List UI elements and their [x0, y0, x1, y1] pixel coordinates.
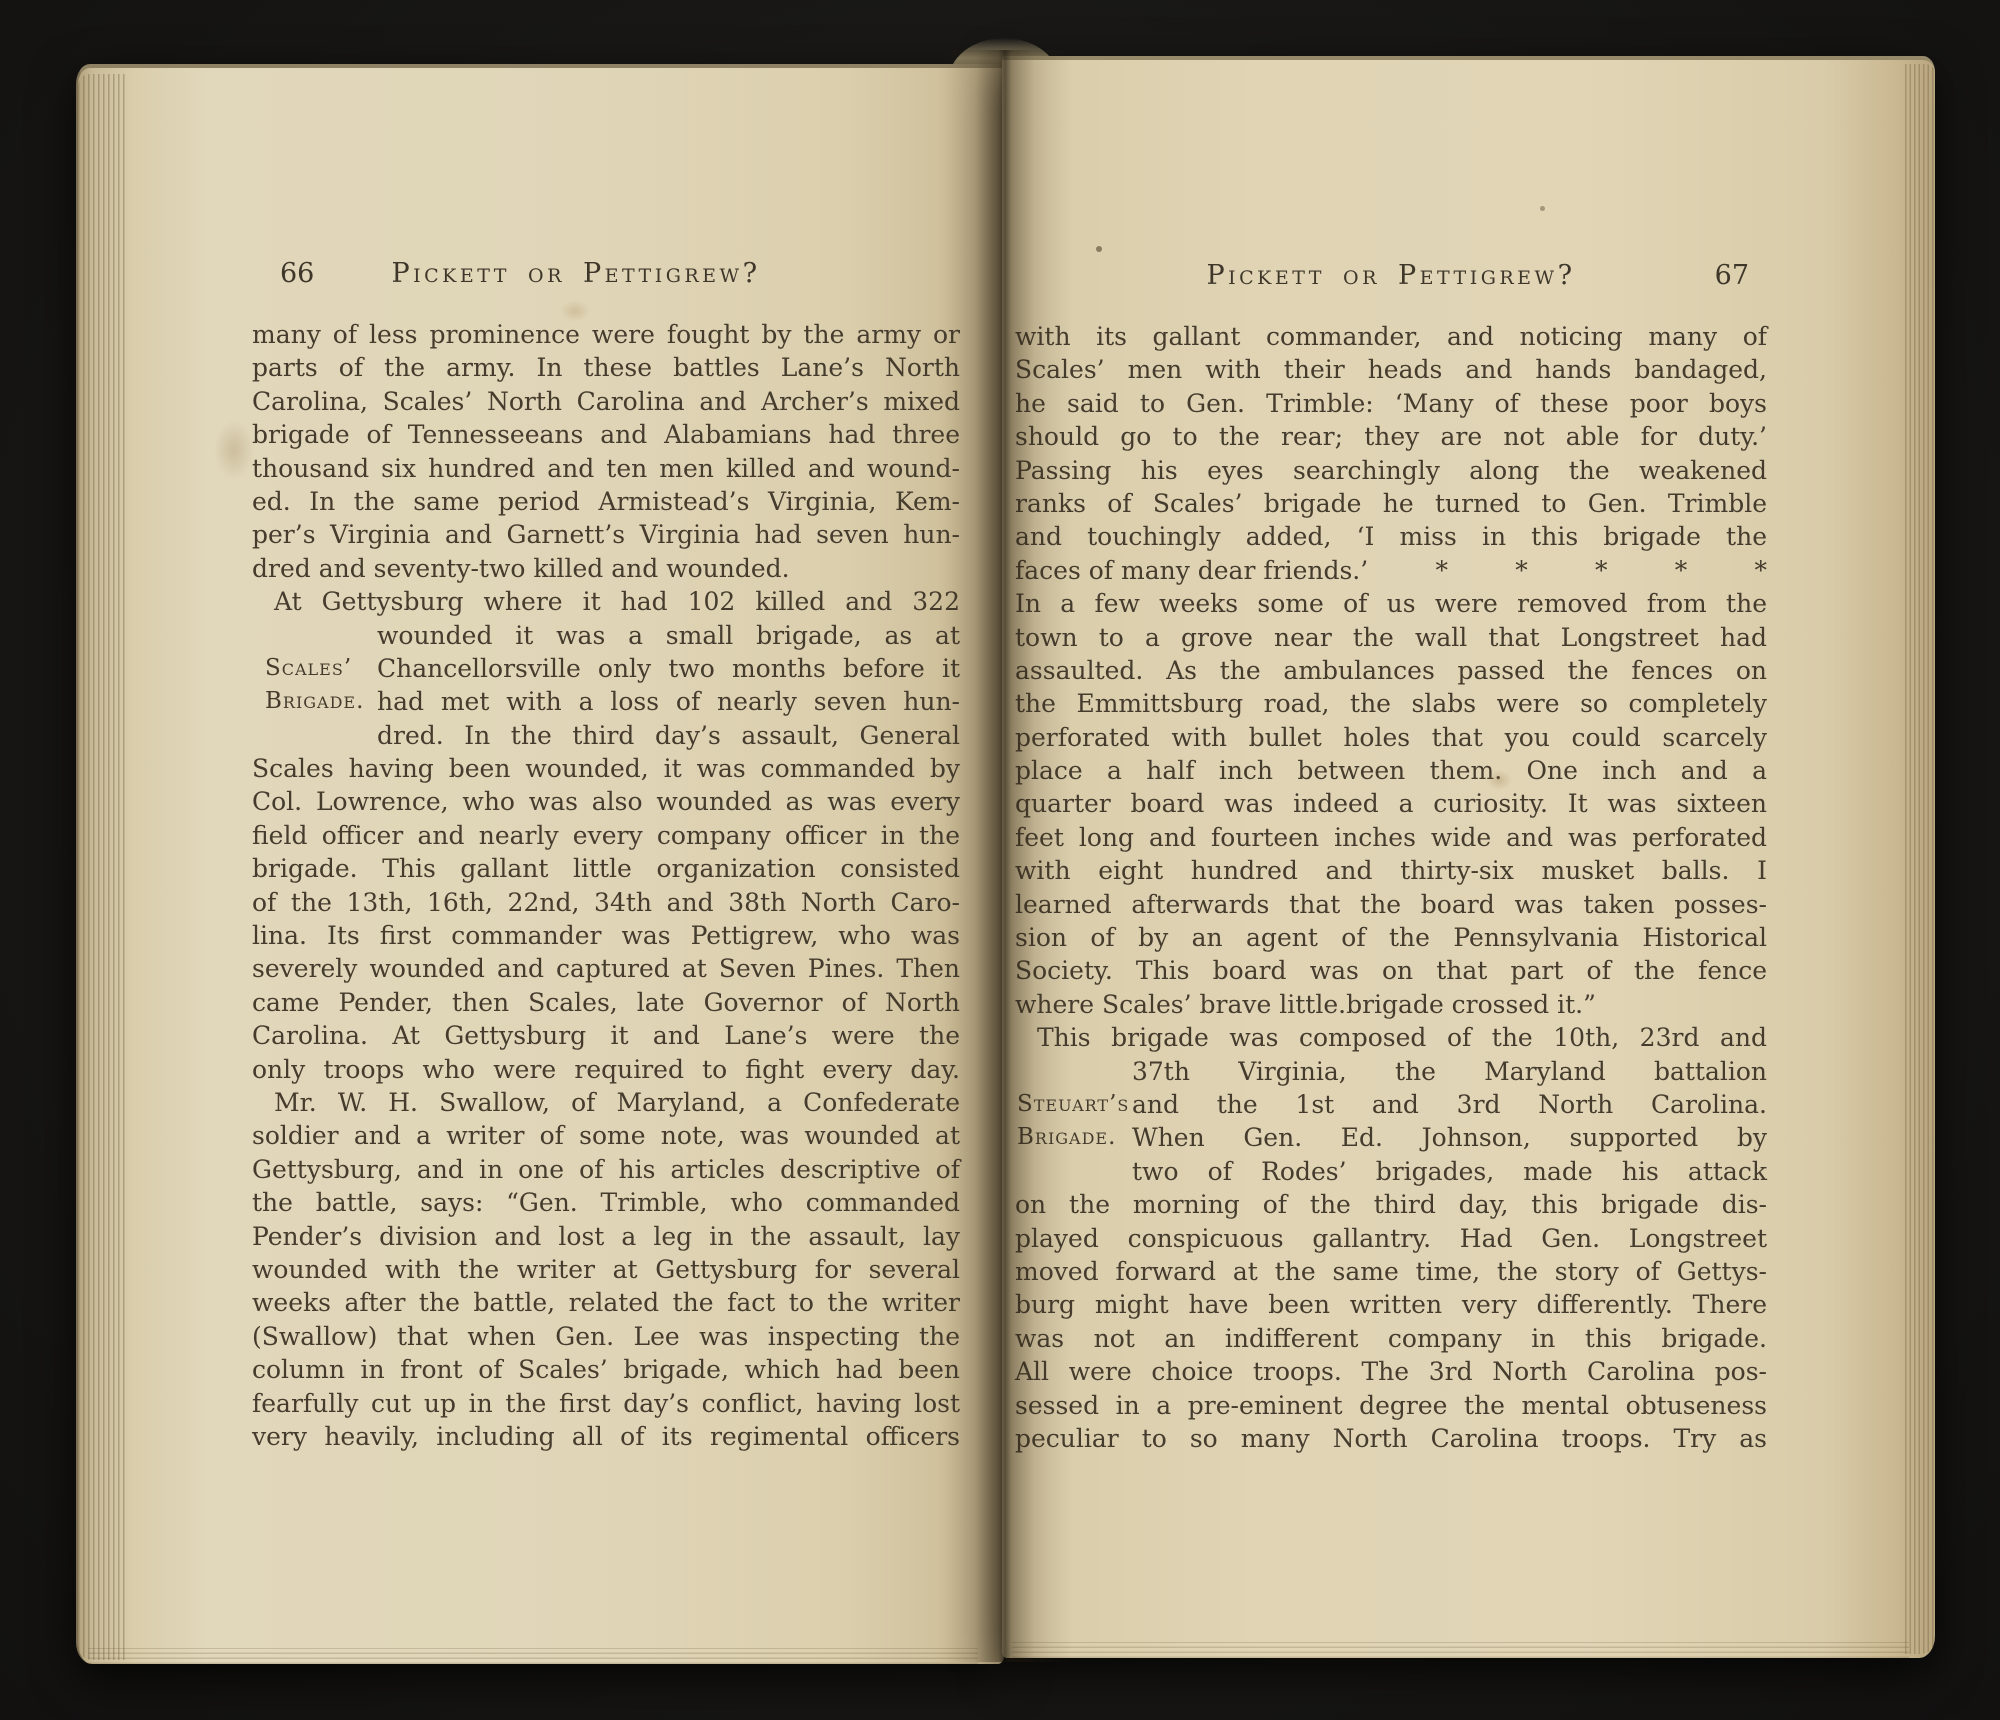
text-line: sessed in a pre-eminent degree the menta… [1015, 1389, 1767, 1422]
text-line: This brigade was composed of the 10th, 2… [1015, 1021, 1767, 1054]
text-line: When Gen. Ed. Johnson, supported by [1132, 1121, 1767, 1154]
page-edge-stack-right [1905, 64, 1935, 1654]
text-line: quarter board was indeed a curiosity. It… [1015, 787, 1767, 820]
sidenote-label: Brigade. [1017, 1121, 1132, 1154]
sidenote-label: Scales’ [265, 652, 377, 685]
text-line: played conspicuous gallantry. Had Gen. L… [1015, 1222, 1767, 1255]
text-line: In a few weeks some of us were removed f… [1015, 587, 1767, 620]
page-edge-stack-bottom-left [88, 1648, 978, 1664]
asterisk: * [1515, 554, 1528, 587]
text-line: where Scales’ brave little.brigade cross… [1015, 988, 1767, 1021]
text-line: and touchingly added, ‘I miss in this br… [1015, 520, 1767, 553]
text-line: per’s Virginia and Garnett’s Virginia ha… [252, 518, 960, 551]
text-line: lina. Its first commander was Pettigrew,… [252, 919, 960, 952]
sidenote-column: Steuart’s Brigade. [1015, 1055, 1132, 1189]
sidenote-text-column: 37th Virginia, the Maryland battalion an… [1132, 1055, 1767, 1189]
text-line: he said to Gen. Trimble: ‘Many of these … [1015, 387, 1767, 420]
text-line: assaulted. As the ambulances passed the … [1015, 654, 1767, 687]
text-line: with eight hundred and thirty-six musket… [1015, 854, 1767, 887]
text-line: 37th Virginia, the Maryland battalion [1132, 1055, 1767, 1088]
text-line: wounded with the writer at Gettysburg fo… [252, 1253, 960, 1286]
right-page-body: with its gallant commander, and noticing… [1015, 320, 1767, 1455]
text-line: on the morning of the third day, this br… [1015, 1188, 1767, 1221]
text-line: should go to the rear; they are not able… [1015, 420, 1767, 453]
text-line: learned afterwards that the board was ta… [1015, 888, 1767, 921]
left-page-body: many of less prominence were fought by t… [252, 318, 960, 1453]
sidenote-text-column: wounded it was a small brigade, as at Ch… [377, 619, 960, 753]
right-page-content: Pickett or Pettigrew? 67 with its gallan… [1015, 260, 1767, 1455]
text-line: weeks after the battle, related the fact… [252, 1286, 960, 1319]
sidenote-block-scales-brigade: Scales’ Brigade. wounded it was a small … [252, 619, 960, 753]
text-line: severely wounded and captured at Seven P… [252, 952, 960, 985]
text-line: sion of by an agent of the Pennsylvania … [1015, 921, 1767, 954]
text-line: Col. Lowrence, who was also wounded as w… [252, 785, 960, 818]
right-page: Pickett or Pettigrew? 67 with its gallan… [1002, 56, 1935, 1658]
text-line: the battle, says: “Gen. Trimble, who com… [252, 1186, 960, 1219]
text-line: Society. This board was on that part of … [1015, 954, 1767, 987]
right-page-header: Pickett or Pettigrew? 67 [1015, 260, 1767, 294]
text-line: (Swallow) that when Gen. Lee was inspect… [252, 1320, 960, 1353]
left-page-header: 66 Pickett or Pettigrew? [252, 258, 960, 292]
text-line: Chancellorsville only two months before … [377, 652, 960, 685]
text-line: wounded it was a small brigade, as at [377, 619, 960, 652]
text-line: many of less prominence were fought by t… [252, 318, 960, 351]
text-line: very heavily, including all of its regim… [252, 1420, 960, 1453]
text-line: had met with a loss of nearly seven hun- [377, 685, 960, 718]
left-page: 66 Pickett or Pettigrew? many of less pr… [76, 64, 1004, 1664]
text-line: of the 13th, 16th, 22nd, 34th and 38th N… [252, 886, 960, 919]
text-line: dred and seventy-two killed and wounded. [252, 552, 960, 585]
text-line: and the 1st and 3rd North Carolina. [1132, 1088, 1767, 1121]
left-page-content: 66 Pickett or Pettigrew? many of less pr… [252, 258, 960, 1453]
text-line: burg might have been written very differ… [1015, 1288, 1767, 1321]
page-edge-stack-left [78, 74, 126, 1660]
text-line: with its gallant commander, and noticing… [1015, 320, 1767, 353]
text-line: field officer and nearly every company o… [252, 819, 960, 852]
text-line: Gettysburg, and in one of his articles d… [252, 1153, 960, 1186]
text-line: Scales having been wounded, it was comma… [252, 752, 960, 785]
text-line: parts of the army. In these battles Lane… [252, 351, 960, 384]
text-line: brigade. This gallant little organizatio… [252, 852, 960, 885]
text-line: Carolina. At Gettysburg it and Lane’s we… [252, 1019, 960, 1052]
text-line: was not an indifferent company in this b… [1015, 1322, 1767, 1355]
text-line: moved forward at the same time, the stor… [1015, 1255, 1767, 1288]
text-line: only troops who were required to fight e… [252, 1053, 960, 1086]
text-line: feet long and fourteen inches wide and w… [1015, 821, 1767, 854]
text-line: Scales’ men with their heads and hands b… [1015, 353, 1767, 386]
text-line: brigade of Tennesseeans and Alabamians h… [252, 418, 960, 451]
text-line-with-asterisks: faces of many dear friends.’ * * * * * [1015, 554, 1767, 587]
text-line: two of Rodes’ brigades, made his attack [1132, 1155, 1767, 1188]
text-line: peculiar to so many North Carolina troop… [1015, 1422, 1767, 1455]
page-number: 67 [1715, 260, 1749, 291]
text-line: Carolina, Scales’ North Carolina and Arc… [252, 385, 960, 418]
text-line: the Emmittsburg road, the slabs were so … [1015, 687, 1767, 720]
page-edge-stack-bottom-right [1012, 1642, 1909, 1658]
text-line: Mr. W. H. Swallow, of Maryland, a Confed… [252, 1086, 960, 1119]
asterisk: * [1754, 554, 1767, 587]
text-line: ranks of Scales’ brigade he turned to Ge… [1015, 487, 1767, 520]
text-line: dred. In the third day’s assault, Genera… [377, 719, 960, 752]
text-line: At Gettysburg where it had 102 killed an… [252, 585, 960, 618]
asterisk: * [1675, 554, 1688, 587]
running-title: Pickett or Pettigrew? [1015, 260, 1767, 291]
text-line: All were choice troops. The 3rd North Ca… [1015, 1355, 1767, 1388]
text-line: ed. In the same period Armistead’s Virgi… [252, 485, 960, 518]
text-line: soldier and a writer of some note, was w… [252, 1119, 960, 1152]
text-line: fearfully cut up in the first day’s conf… [252, 1387, 960, 1420]
asterisk: * [1595, 554, 1608, 587]
text-line: Pender’s division and lost a leg in the … [252, 1220, 960, 1253]
text-line: place a half inch between them. One inch… [1015, 754, 1767, 787]
text-line: town to a grove near the wall that Longs… [1015, 621, 1767, 654]
sidenote-label: Brigade. [265, 685, 377, 718]
text-line: Passing his eyes searchingly along the w… [1015, 454, 1767, 487]
text-line: came Pender, then Scales, late Governor … [252, 986, 960, 1019]
text-line: perforated with bullet holes that you co… [1015, 721, 1767, 754]
text-line: column in front of Scales’ brigade, whic… [252, 1353, 960, 1386]
sidenote-column: Scales’ Brigade. [252, 619, 377, 753]
book-photo-backdrop: 66 Pickett or Pettigrew? many of less pr… [0, 0, 2000, 1720]
text-fragment: faces of many dear friends.’ [1015, 554, 1368, 587]
sidenote-block-steuarts-brigade: Steuart’s Brigade. 37th Virginia, the Ma… [1015, 1055, 1767, 1189]
asterisk: * [1435, 554, 1448, 587]
running-title: Pickett or Pettigrew? [222, 258, 930, 289]
sidenote-label: Steuart’s [1017, 1088, 1132, 1121]
text-line: thousand six hundred and ten men killed … [252, 452, 960, 485]
